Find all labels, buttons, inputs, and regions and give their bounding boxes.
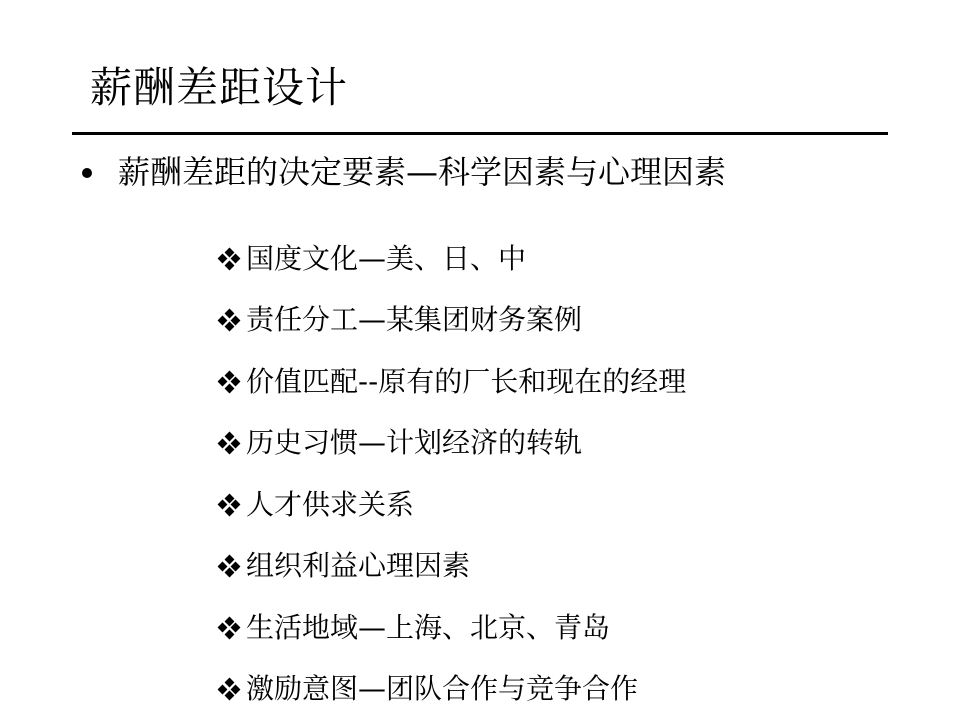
list-item-text: 责任分工—某集团财务案例	[246, 298, 582, 342]
list-item-text: 价值匹配--原有的厂长和现在的经理	[246, 360, 686, 404]
four-diamond-icon	[218, 555, 240, 577]
four-diamond-icon	[218, 617, 240, 639]
list-item: 价值匹配--原有的厂长和现在的经理	[218, 351, 686, 413]
list-item-text: 组织利益心理因素	[246, 544, 470, 588]
main-bullet-text: 薪酬差距的决定要素—科学因素与心理因素	[118, 150, 726, 194]
list-item-text: 激励意图—团队合作与竞争合作	[246, 667, 638, 711]
list-item-text: 国度文化—美、日、中	[246, 237, 526, 281]
four-diamond-icon	[218, 678, 240, 700]
sub-bullet-list: 国度文化—美、日、中 责任分工—某集团财务案例 价值匹配--原有的厂长和现在的经…	[218, 228, 686, 720]
title-divider	[72, 132, 888, 135]
list-item: 生活地域—上海、北京、青岛	[218, 597, 686, 659]
four-diamond-icon	[218, 248, 240, 270]
list-item: 历史习惯—计划经济的转轨	[218, 413, 686, 475]
four-diamond-icon	[218, 432, 240, 454]
slide-title: 薪酬差距设计	[90, 62, 348, 114]
list-item-text: 历史习惯—计划经济的转轨	[246, 421, 582, 465]
list-item: 责任分工—某集团财务案例	[218, 290, 686, 352]
bullet-dot-icon	[82, 168, 92, 178]
list-item-text: 人才供求关系	[246, 483, 414, 527]
list-item: 激励意图—团队合作与竞争合作	[218, 659, 686, 720]
list-item-text: 生活地域—上海、北京、青岛	[246, 606, 610, 650]
main-bullet: 薪酬差距的决定要素—科学因素与心理因素	[82, 150, 726, 194]
list-item: 人才供求关系	[218, 474, 686, 536]
four-diamond-icon	[218, 494, 240, 516]
list-item: 组织利益心理因素	[218, 536, 686, 598]
list-item: 国度文化—美、日、中	[218, 228, 686, 290]
four-diamond-icon	[218, 371, 240, 393]
four-diamond-icon	[218, 309, 240, 331]
